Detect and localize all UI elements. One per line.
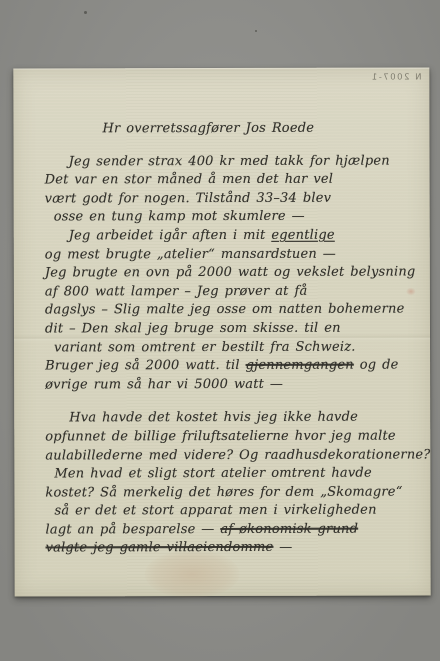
struck-out-text: gjennemgangen: [246, 358, 354, 373]
handwriting-text: aulabillederne med videre? Og raadhusdek…: [45, 447, 430, 463]
handwriting-text: dit – Den skal jeg bruge som skisse. til…: [45, 321, 341, 337]
handwriting-text: og de: [354, 358, 399, 373]
handwritten-line: Jeg sender strax 400 kr med takk for hjæ…: [45, 152, 420, 172]
handwritten-line: osse en tung kamp mot skumlere —: [45, 208, 420, 228]
letter-lines: Jeg sender strax 400 kr med takk for hjæ…: [45, 152, 421, 558]
handwritten-line: variant som omtrent er bestilt fra Schwe…: [45, 338, 420, 358]
handwriting-text: af 800 watt lamper – Jeg prøver at få: [45, 284, 308, 300]
handwritten-line: og mest brugte „atelier“ mansardstuen —: [45, 245, 420, 265]
dust-speck: [84, 11, 87, 14]
handwritten-line: Hva havde det kostet hvis jeg ikke havde: [45, 409, 420, 429]
handwriting-text: Bruger jeg så 2000 watt. til: [45, 358, 246, 374]
handwriting-text: og mest brugte „atelier“ mansardstuen —: [45, 246, 336, 262]
archival-number-mirrored: N 2007-1: [370, 72, 421, 82]
handwriting-text: Det var en stor måned å men det har vel: [45, 172, 334, 188]
struck-out-text: af økonomisk grund: [220, 522, 358, 537]
handwritten-line: kostet? Så merkelig det høres for dem „S…: [45, 483, 420, 503]
scan-background: N 2007-1 Hr overretssagfører Jos Roede J…: [0, 0, 440, 661]
underlined-text: egentlige: [271, 228, 334, 243]
dust-speck: [255, 30, 257, 32]
handwritten-line: lagt an på besparelse — af økonomisk gru…: [45, 520, 420, 540]
struck-out-text: valgte jeg gamle villaeiendomme: [46, 540, 274, 556]
handwriting-text: Hva havde det kostet hvis jeg ikke havde: [69, 410, 358, 426]
handwritten-line: øvrige rum så har vi 5000 watt —: [45, 375, 420, 395]
salutation-line: Hr overretssagfører Jos Roede: [102, 119, 419, 138]
handwritten-line: Jeg brugte en ovn på 2000 watt og veksle…: [45, 264, 420, 284]
handwriting-text: opfunnet de billige friluftsatelierne hv…: [45, 428, 396, 444]
handwritten-text-block: Hr overretssagfører Jos Roede Jeg sender…: [44, 119, 420, 558]
handwriting-text: lagt an på besparelse —: [45, 522, 220, 537]
handwritten-line: af 800 watt lamper – Jeg prøver at få: [45, 282, 420, 302]
handwritten-line: valgte jeg gamle villaeiendomme —: [46, 539, 421, 559]
handwriting-text: Jeg arbeidet igår aften i mit: [69, 228, 272, 244]
letter-paper: N 2007-1 Hr overretssagfører Jos Roede J…: [13, 67, 430, 596]
handwritten-line: aulabillederne med videre? Og raadhusdek…: [45, 446, 420, 466]
handwriting-text: variant som omtrent er bestilt fra Schwe…: [54, 339, 356, 355]
handwriting-text: øvrige rum så har vi 5000 watt —: [45, 377, 283, 393]
handwriting-text: Jeg brugte en ovn på 2000 watt og veksle…: [45, 265, 416, 281]
handwritten-line: dit – Den skal jeg bruge som skisse. til…: [45, 319, 420, 339]
handwritten-line: Bruger jeg så 2000 watt. til gjennemgang…: [45, 357, 420, 377]
handwritten-line: Det var en stor måned å men det har vel: [45, 171, 420, 191]
handwritten-line: dagslys – Slig malte jeg osse om natten …: [45, 301, 420, 321]
handwriting-text: Men hvad et sligt stort atelier omtrent …: [54, 466, 372, 482]
handwriting-text: —: [273, 540, 292, 555]
handwritten-line: så er det et stort apparat men i virkeli…: [45, 502, 420, 522]
handwritten-line: Men hvad et sligt stort atelier omtrent …: [45, 465, 420, 485]
handwriting-text: dagslys – Slig malte jeg osse om natten …: [45, 302, 405, 318]
handwritten-line: opfunnet de billige friluftsatelierne hv…: [45, 427, 420, 447]
handwriting-text: vært godt for nogen. Tilstånd 33–34 blev: [45, 190, 332, 206]
handwriting-text: så er det et stort apparat men i virkeli…: [54, 503, 376, 519]
handwritten-line: vært godt for nogen. Tilstånd 33–34 blev: [45, 189, 420, 209]
handwritten-line: Jeg arbeidet igår aften i mit egentlige: [45, 226, 420, 246]
handwriting-text: kostet? Så merkelig det høres for dem „S…: [45, 484, 402, 500]
handwriting-text: osse en tung kamp mot skumlere —: [54, 209, 305, 225]
handwriting-text: Jeg sender strax 400 kr med takk for hjæ…: [69, 153, 390, 169]
